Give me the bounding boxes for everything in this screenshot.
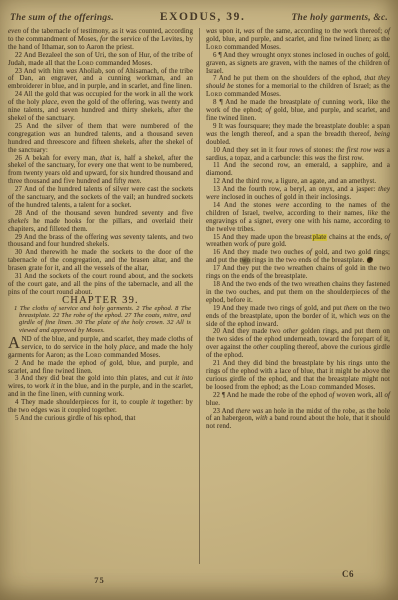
verse-paragraph: 11 And the second row, an emerald, a sap… xyxy=(206,162,390,178)
verse-paragraph: 20 And they made two other golden rings,… xyxy=(206,328,390,360)
verse-paragraph: 19 And they made two rings of gold, and … xyxy=(206,305,390,329)
signature-mark: C6 xyxy=(342,569,354,579)
header-left-title: The sum of the offerings. xyxy=(10,13,114,23)
verse-paragraph: 23 And with him was Aholiab, son of Ahis… xyxy=(8,68,193,92)
verse-paragraph: 23 And there was an hole in the midst of… xyxy=(206,408,390,432)
verse-paragraph: 3 And they did beat the gold into thin p… xyxy=(8,375,193,399)
running-header: The sum of the offerings. EXODUS, 39. Th… xyxy=(0,0,398,28)
verse-paragraph: 10 And they set in it four rows of stone… xyxy=(206,147,390,163)
verse-paragraph: 6 ¶ And they wrought onyx stones inclose… xyxy=(206,52,390,76)
verse-paragraph: 17 And they put the two wreathen chains … xyxy=(206,265,390,281)
verse-paragraph: 21 And they did bind the breastplate by … xyxy=(206,360,390,392)
verse-paragraph: 31 And the sockets of the court round ab… xyxy=(8,273,193,297)
verse-paragraph: 9 It was foursquare; they made the breas… xyxy=(206,123,390,147)
bible-page: The sum of the offerings. EXODUS, 39. Th… xyxy=(0,0,398,600)
header-book-chapter: EXODUS, 39. xyxy=(160,11,246,23)
verse-paragraph: 15 And they made upon the breastplate ch… xyxy=(206,234,390,250)
verse-paragraph: 14 And the stones were according to the … xyxy=(206,202,390,234)
opening-verse: AND of the blue, and purple, and scarlet… xyxy=(8,336,193,360)
verse-paragraph: 22 And Bezaleel the son of Uri, the son … xyxy=(8,52,193,68)
ink-blot xyxy=(367,257,373,263)
verse-paragraph: 27 And of the hundred talents of silver … xyxy=(8,186,193,210)
left-column: even of the tabernacle of testimony, as … xyxy=(8,28,199,564)
ink-smudge: two xyxy=(240,257,251,264)
verse-paragraph: 8 ¶ And he made the breastplate of cunni… xyxy=(206,99,390,123)
right-column: was upon it, was of the same, according … xyxy=(199,28,390,564)
verse-paragraph: 22 ¶ And he made the robe of the ephod o… xyxy=(206,392,390,408)
verse-paragraph: 29 And the brass of the offering was sev… xyxy=(8,234,193,250)
text-columns: even of the tabernacle of testimony, as … xyxy=(0,28,398,564)
highlighted-word: plate xyxy=(312,234,327,241)
verse-paragraph: 5 And the curious girdle of his ephod, t… xyxy=(8,415,193,423)
verse-paragraph: 18 And the two ends of the two wreathen … xyxy=(206,281,390,305)
continuation-paragraph: was upon it, was of the same, according … xyxy=(206,28,390,52)
verse-paragraph: 13 And the fourth row, a beryl, an onyx,… xyxy=(206,186,390,202)
verse-paragraph: 12 And the third row, a ligure, an agate… xyxy=(206,178,390,186)
verse-paragraph: 16 And they made two ouches of gold, and… xyxy=(206,249,390,265)
verse-paragraph: 2 And he made the ephod of gold, blue, a… xyxy=(8,360,193,376)
verse-paragraph: 30 And therewith he made the sockets to … xyxy=(8,249,193,273)
header-right-title: The holy garments, &c. xyxy=(291,13,388,23)
verse-paragraph: 7 And he put them on the shoulders of th… xyxy=(206,75,390,99)
continuation-paragraph: even of the tabernacle of testimony, as … xyxy=(8,28,193,52)
verse-paragraph: 28 And of the thousand seven hundred sev… xyxy=(8,210,193,234)
verse-paragraph: 4 They made shoulderpieces for it, to co… xyxy=(8,399,193,415)
chapter-summary: 1 The cloths of service and holy garment… xyxy=(19,305,191,334)
chapter-heading: CHAPTER 39. xyxy=(8,297,193,305)
verse-paragraph: 24 All the gold that was occupied for th… xyxy=(8,91,193,123)
drop-cap: A xyxy=(8,336,22,351)
verse-paragraph: 26 A bekah for every man, that is, half … xyxy=(8,155,193,187)
page-number: 75 xyxy=(0,575,199,585)
verse-paragraph: 25 And the silver of them that were numb… xyxy=(8,123,193,155)
